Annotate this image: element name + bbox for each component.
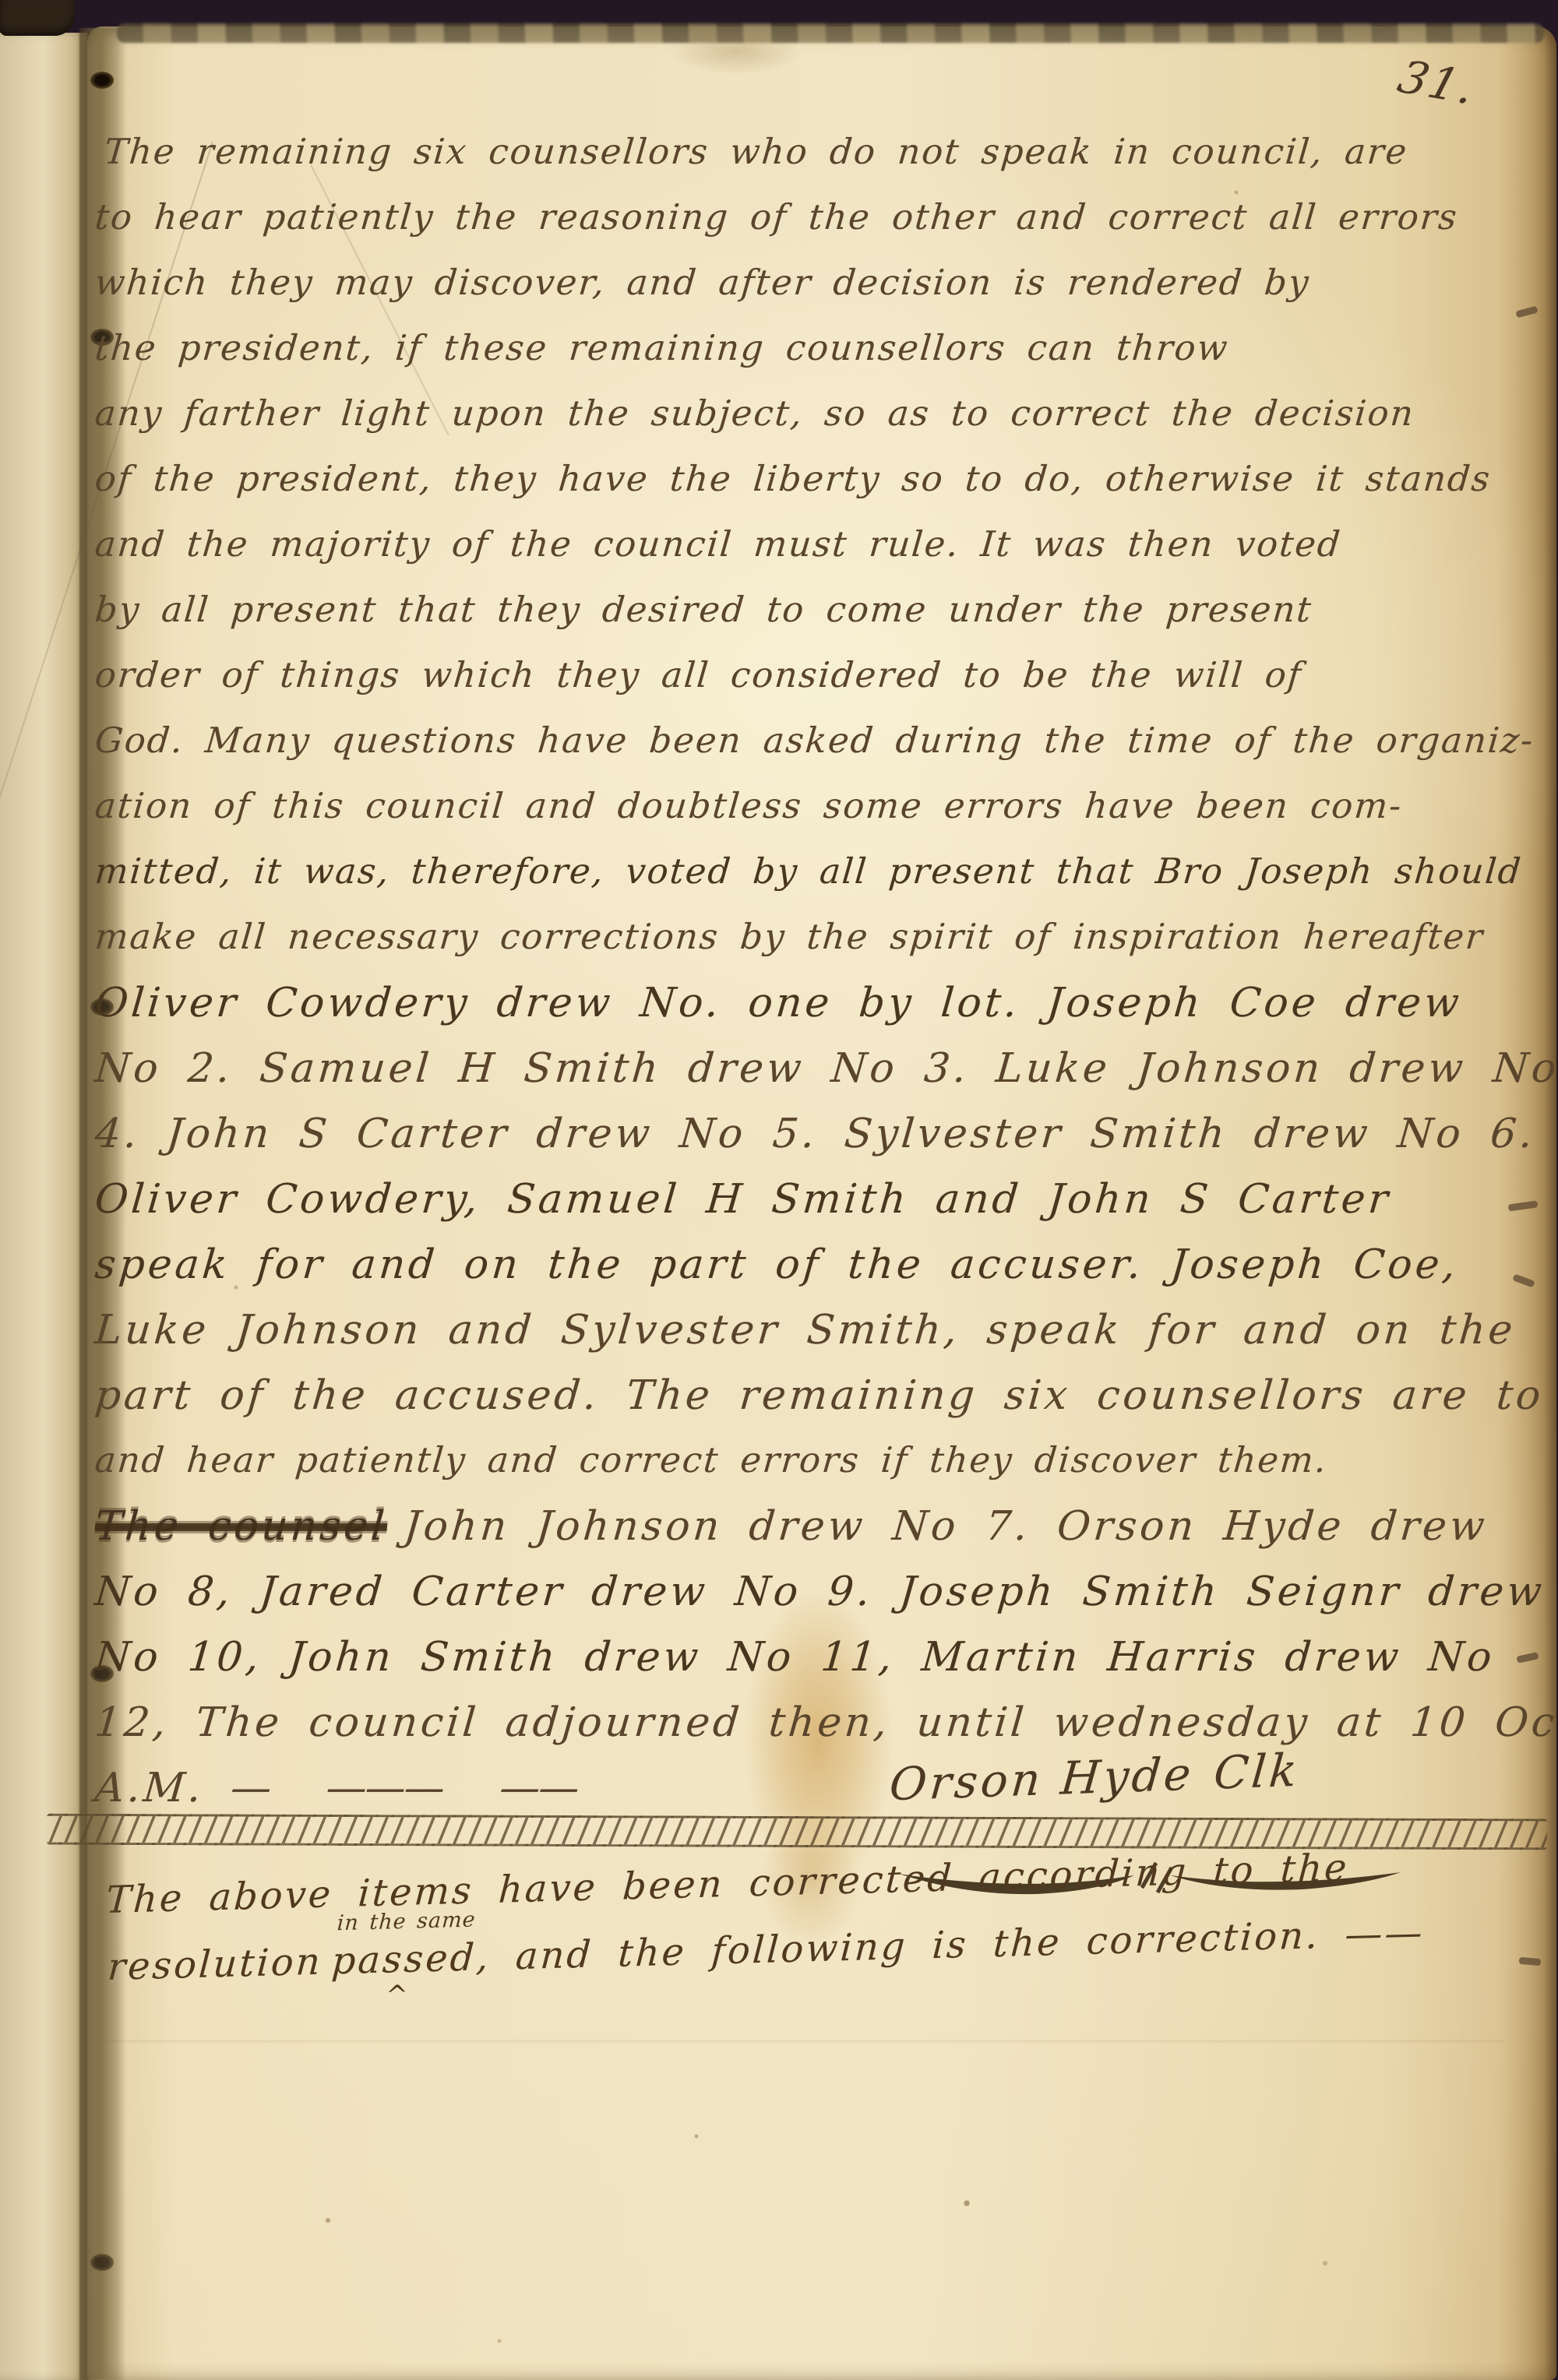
line-text: part of the accused. The remaining six c… <box>93 1372 1558 1419</box>
foxing-speckles <box>0 0 2 2</box>
line-text: and hear patiently and correct errors if… <box>93 1439 1330 1480</box>
line-text: God. Many questions have been asked duri… <box>93 720 1536 761</box>
manuscript-line: ation of this council and doubtless some… <box>93 785 1405 826</box>
manuscript-line: and hear patiently and correct errors if… <box>93 1439 1330 1480</box>
line-text: Luke Johnson and Sylvester Smith, speak … <box>93 1307 1517 1354</box>
manuscript-line: any farther light upon the subject, so a… <box>93 393 1416 434</box>
line-text: speak for and on the part of the accuser… <box>93 1241 1460 1288</box>
line-text: No 2. Samuel H Smith drew No 3. Luke Joh… <box>93 1045 1558 1092</box>
manuscript-line: speak for and on the part of the accuser… <box>93 1241 1460 1288</box>
insertion-wrap: passedin the same^ <box>330 1935 478 1983</box>
manuscript-line: Luke Johnson and Sylvester Smith, speak … <box>93 1307 1517 1354</box>
stitch-hole <box>90 72 114 89</box>
am-text: A.M. <box>93 1765 206 1811</box>
manuscript-line: The remaining six counsellors who do not… <box>103 131 1410 172</box>
line-text: Oliver Cowdery, Samuel H Smith and John … <box>93 1176 1393 1223</box>
line-text: of the president, they have the liberty … <box>93 458 1493 499</box>
line-text: No 8, Jared Carter drew No 9. Joseph Smi… <box>93 1568 1546 1615</box>
clerk-title: Clk <box>1211 1744 1302 1800</box>
line-text: by all present that they desired to come… <box>93 589 1314 630</box>
stitch-hole <box>90 2254 114 2271</box>
interlinear-insertion: in the same <box>337 1908 477 1936</box>
line-text: Oliver Cowdery drew No. one by lot. Jose… <box>93 980 1464 1026</box>
line-text: make all necessary corrections by the sp… <box>93 916 1486 957</box>
manuscript-line: to hear patiently the reasoning of the o… <box>93 196 1460 238</box>
manuscript-line: make all necessary corrections by the sp… <box>93 916 1486 957</box>
manuscript-line: and the majority of the council must rul… <box>93 523 1344 565</box>
manuscript-line: The counselJohn Johnson drew No 7. Orson… <box>93 1503 1489 1550</box>
closing-line: A.M. — ——— —— <box>93 1765 580 1811</box>
manuscript-line: No 10, John Smith drew No 11, Martin Har… <box>93 1634 1496 1681</box>
line-text: any farther light upon the subject, so a… <box>93 393 1416 434</box>
manuscript-line: 12, The council adjourned then, until we… <box>93 1699 1558 1746</box>
dash-strokes: — ——— —— <box>229 1765 580 1811</box>
clerk-name: Orson Hyde <box>887 1747 1196 1811</box>
horizontal-crease <box>101 2040 1503 2042</box>
manuscript-line: mitted, it was, therefore, voted by all … <box>93 850 1524 892</box>
manuscript-line: Oliver Cowdery drew No. one by lot. Jose… <box>93 980 1464 1026</box>
manuscript-line: which they may discover, and after decis… <box>93 262 1312 303</box>
line-text: which they may discover, and after decis… <box>93 262 1312 303</box>
manuscript-line: the president, if these remaining counse… <box>93 327 1231 368</box>
struck-text: The counsel <box>93 1503 389 1550</box>
manuscript-line: of the president, they have the liberty … <box>93 458 1493 499</box>
facing-page-edge <box>0 33 87 2380</box>
line-text: John Johnson drew No 7. Orson Hyde drew <box>402 1503 1489 1550</box>
manuscript-line: part of the accused. The remaining six c… <box>93 1372 1558 1419</box>
manuscript-line: Oliver Cowdery, Samuel H Smith and John … <box>93 1176 1393 1223</box>
line-text: the president, if these remaining counse… <box>93 327 1231 368</box>
manuscript-line: by all present that they desired to come… <box>93 589 1314 630</box>
line-text: and the majority of the council must rul… <box>93 523 1344 565</box>
manuscript-line: 4. John S Carter drew No 5. Sylvester Sm… <box>93 1111 1537 1157</box>
page-top-edge <box>117 23 1544 43</box>
binding-fragment <box>0 0 75 36</box>
manuscript-line: No 2. Samuel H Smith drew No 3. Luke Joh… <box>93 1045 1558 1092</box>
ink-stain <box>670 28 802 75</box>
note-word: passed <box>330 1935 478 1983</box>
manuscript-line: order of things which they all considere… <box>93 654 1304 695</box>
line-text: 4. John S Carter drew No 5. Sylvester Sm… <box>93 1111 1537 1157</box>
line-text: mitted, it was, therefore, voted by all … <box>93 850 1524 892</box>
insertion-caret: ^ <box>385 1980 411 2012</box>
divider-rule <box>47 1814 1547 1850</box>
manuscript-line: No 8, Jared Carter drew No 9. Joseph Smi… <box>93 1568 1546 1615</box>
line-text: ation of this council and doubtless some… <box>93 785 1405 826</box>
line-text: The remaining six counsellors who do not… <box>103 131 1410 172</box>
line-text: 12, The council adjourned then, until we… <box>93 1699 1558 1746</box>
line-text: to hear patiently the reasoning of the o… <box>93 196 1460 238</box>
line-text: order of things which they all considere… <box>93 654 1304 695</box>
note-text: resolution <box>107 1940 324 1989</box>
line-text: No 10, John Smith drew No 11, Martin Har… <box>93 1634 1496 1681</box>
manuscript-line: God. Many questions have been asked duri… <box>93 720 1536 761</box>
